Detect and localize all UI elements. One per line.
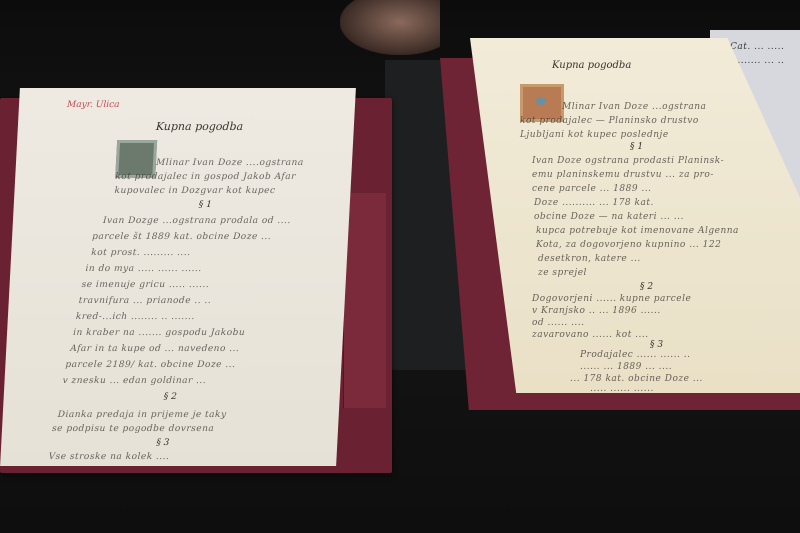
right-contract-document: Kupna pogodba Mlinar Ivan Doze ...ogstra… <box>470 38 800 393</box>
section-mark: § 1 <box>199 200 213 210</box>
text-line: v Kranjsko .. ... 1896 ...... <box>532 306 661 316</box>
text-line: in kraber na ....... gospodu Jakobu <box>73 328 246 338</box>
left-contract-document: Mayr. Ulica Kupna pogodba Mlinar Ivan Do… <box>0 88 356 466</box>
text-line: Vse stroske na kolek .... <box>48 452 169 462</box>
text-line: desetkron, katere ... <box>538 254 641 264</box>
text-line: Ivan Dozge ...ogstrana prodala od .... <box>103 216 291 226</box>
text-line: kred-...ich ........ .. ....... <box>76 312 195 322</box>
text-line: kupca potrebuje kot imenovane Algenna <box>536 226 739 236</box>
section-mark: § 2 <box>163 392 177 402</box>
text-line: parcele št 1889 kat. obcine Doze ... <box>92 232 272 242</box>
text-line: kot prost. ......... .... <box>91 248 191 258</box>
text-line: cene parcele ... 1889 ... <box>532 184 652 194</box>
text-line: ...... ... 1889 ... .... <box>580 362 672 372</box>
section-mark: § 2 <box>640 282 653 292</box>
text-line: Ljubljani kot kupec poslednje <box>520 130 669 140</box>
text-line: se podpisu te pogodbe dovrsena <box>52 424 215 434</box>
text-line: kupovalec in Dozgvar kot kupec <box>114 186 276 196</box>
text-line: od ...... .... <box>532 318 585 328</box>
text-line: Afar in ta kupe od ... navedeno ... <box>70 344 240 354</box>
section-mark: § 3 <box>650 340 663 350</box>
visitor-hand <box>340 0 440 55</box>
text-line: v znesku ... edan goldinar ... <box>62 376 206 386</box>
back-sheet-line: Cat. ... ..... <box>730 42 784 52</box>
text-line: emu planinskemu drustvu ... za pro- <box>532 170 714 180</box>
text-line: Kota, za dogovorjeno kupnino ... 122 <box>536 240 721 250</box>
text-line: Dogovorjeni ...... kupne parcele <box>532 294 691 304</box>
text-line: parcele 2189/ kat. obcine Doze ... <box>65 360 236 370</box>
section-mark: § 3 <box>156 438 170 448</box>
text-line: zavarovano ...... kot .... <box>532 330 649 340</box>
text-line: in do mya ..... ...... ...... <box>85 264 202 274</box>
text-line: Mlinar Ivan Doze ...ogstrana <box>562 102 706 112</box>
text-line: travnifura ... prianode .. .. <box>78 296 211 306</box>
text-line: Dianka predaja in prijeme je taky <box>58 410 227 420</box>
text-line: Prodajalec ...... ...... .. <box>580 350 690 360</box>
archive-note: Mayr. Ulica <box>67 100 120 110</box>
text-line: obcine Doze — na kateri ... ... <box>534 212 684 222</box>
text-line: kot prodajalec in gospod Jakob Afar <box>115 172 296 182</box>
document-title: Kupna pogodba <box>552 60 631 71</box>
text-line: Doze .......... ... 178 kat. <box>534 198 654 208</box>
section-mark: § 1 <box>630 142 643 152</box>
text-line: ze sprejel <box>538 268 587 278</box>
text-line: ..... ...... ...... <box>590 384 654 393</box>
document-title: Kupna pogodba <box>156 120 244 133</box>
text-line: ... 178 kat. obcine Doze ... <box>570 374 703 384</box>
text-line: Mlinar Ivan Doze ....ogstrana <box>156 158 304 168</box>
text-line: se imenuje gricu ..... ...... <box>81 280 209 290</box>
back-sheet-line: ........ ... .. <box>734 56 784 66</box>
text-line: kot prodajalec — Planinsko drustvo <box>520 116 699 126</box>
text-line: Ivan Doze ogstrana prodasti Planinsk- <box>532 156 724 166</box>
folder-flap <box>343 193 386 408</box>
